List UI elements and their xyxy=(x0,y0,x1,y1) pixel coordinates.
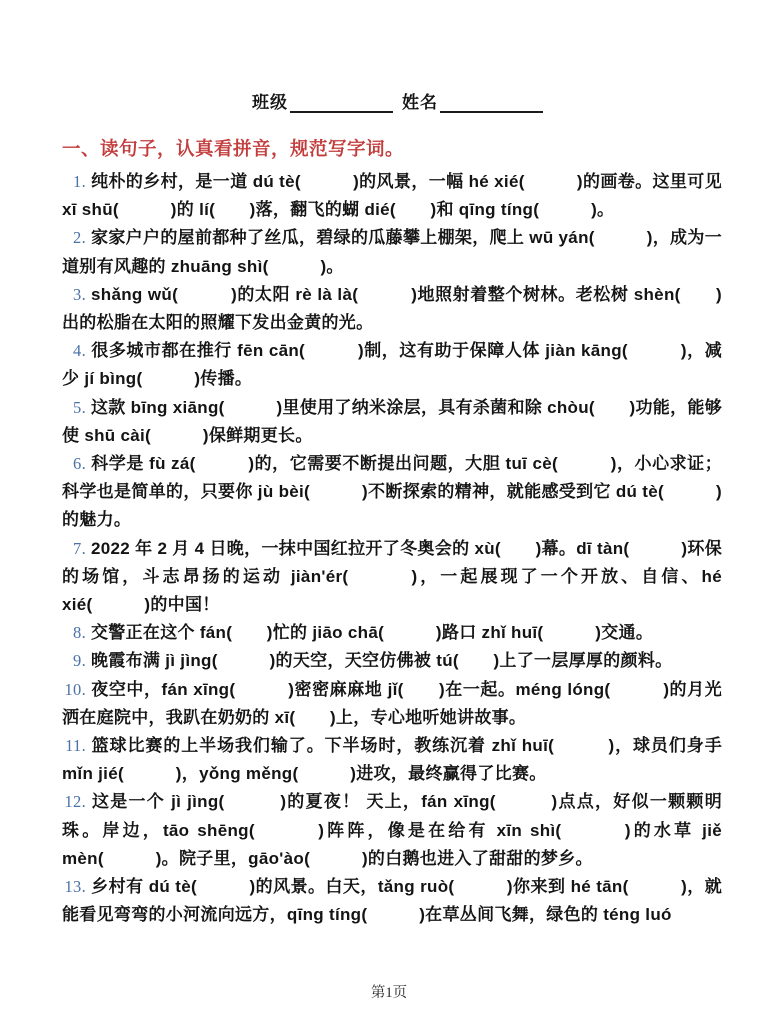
item-number: 5. xyxy=(62,394,86,422)
item-text: 这是一个 jì jìng( )的夏夜！ 天上，fán xīng( )点点，好似一… xyxy=(62,792,727,867)
item-text: 交警正在这个 fán( )忙的 jiāo chā( )路口 zhǐ huī( )… xyxy=(91,623,653,642)
items-list: 1.纯朴的乡村，是一道 dú tè( )的风景，一幅 hé xié( )的画卷。… xyxy=(62,168,722,929)
name-blank-line xyxy=(440,95,543,113)
worksheet-item: 8.交警正在这个 fán( )忙的 jiāo chā( )路口 zhǐ huī(… xyxy=(62,619,722,647)
item-text: 乡村有 dú tè( )的风景。白天，tǎng ruò( )你来到 hé tān… xyxy=(62,877,722,924)
worksheet-item: 9.晚霞布满 jì jìng( )的天空，天空仿佛被 tú( )上了一层厚厚的颜… xyxy=(62,647,722,675)
item-number: 2. xyxy=(62,224,86,252)
item-number: 8. xyxy=(62,619,86,647)
worksheet-item: 2.家家户户的屋前都种了丝瓜，碧绿的瓜藤攀上棚架，爬上 wū yán( )，成为… xyxy=(62,224,722,280)
page-footer: 第1页 xyxy=(0,981,778,1002)
item-number: 7. xyxy=(62,535,86,563)
item-number: 12. xyxy=(62,788,86,816)
item-text: 2022 年 2 月 4 日晚，一抹中国红拉开了冬奥会的 xù( )幕。dī t… xyxy=(62,539,727,614)
item-text: 家家户户的屋前都种了丝瓜，碧绿的瓜藤攀上棚架，爬上 wū yán( )，成为一道… xyxy=(62,228,722,275)
item-text: 晚霞布满 jì jìng( )的天空，天空仿佛被 tú( )上了一层厚厚的颜料。 xyxy=(91,651,672,670)
item-text: shǎng wǔ( )的太阳 rè là là( )地照射着整个树林。老松树 s… xyxy=(62,285,722,332)
worksheet-item: 4.很多城市都在推行 fēn cān( )制，这有助于保障人体 jiàn kān… xyxy=(62,337,722,393)
item-text: 夜空中，fán xīng( )密密麻麻地 jǐ( )在一起。méng lóng(… xyxy=(62,680,722,727)
item-number: 11. xyxy=(62,732,86,760)
item-number: 9. xyxy=(62,647,86,675)
item-text: 科学是 fù zá( )的，它需要不断提出问题，大胆 tuī cè( )，小心求… xyxy=(62,454,722,529)
worksheet-page: 班级姓名 一、读句子，认真看拼音，规范写字词。 1.纯朴的乡村，是一道 dú t… xyxy=(0,0,778,1024)
item-number: 1. xyxy=(62,168,86,196)
item-text: 很多城市都在推行 fēn cān( )制，这有助于保障人体 jiàn kāng(… xyxy=(62,341,722,388)
worksheet-item: 7.2022 年 2 月 4 日晚，一抹中国红拉开了冬奥会的 xù( )幕。dī… xyxy=(62,535,722,620)
item-text: 这款 bīng xiāng( )里使用了纳米涂层，具有杀菌和除 chòu( )功… xyxy=(62,398,722,445)
item-text: 篮球比赛的上半场我们输了。下半场时，教练沉着 zhǐ huī( )，球员们身手 … xyxy=(62,736,727,783)
worksheet-item: 13.乡村有 dú tè( )的风景。白天，tǎng ruò( )你来到 hé … xyxy=(62,873,722,929)
worksheet-item: 10.夜空中，fán xīng( )密密麻麻地 jǐ( )在一起。méng ló… xyxy=(62,676,722,732)
worksheet-item: 3.shǎng wǔ( )的太阳 rè là là( )地照射着整个树林。老松树… xyxy=(62,281,722,337)
name-label: 姓名 xyxy=(402,88,438,113)
worksheet-item: 5.这款 bīng xiāng( )里使用了纳米涂层，具有杀菌和除 chòu( … xyxy=(62,394,722,450)
worksheet-item: 1.纯朴的乡村，是一道 dú tè( )的风景，一幅 hé xié( )的画卷。… xyxy=(62,168,722,224)
item-number: 6. xyxy=(62,450,86,478)
item-number: 10. xyxy=(62,676,86,704)
item-number: 13. xyxy=(62,873,86,901)
worksheet-item: 12.这是一个 jì jìng( )的夏夜！ 天上，fán xīng( )点点，… xyxy=(62,788,722,873)
item-number: 4. xyxy=(62,337,86,365)
section-title: 一、读句子，认真看拼音，规范写字词。 xyxy=(62,136,722,162)
worksheet-header: 班级姓名 xyxy=(62,88,722,112)
worksheet-item: 6.科学是 fù zá( )的，它需要不断提出问题，大胆 tuī cè( )，小… xyxy=(62,450,722,535)
item-text: 纯朴的乡村，是一道 dú tè( )的风景，一幅 hé xié( )的画卷。这里… xyxy=(62,172,727,219)
worksheet-item: 11.篮球比赛的上半场我们输了。下半场时，教练沉着 zhǐ huī( )，球员们… xyxy=(62,732,722,788)
item-number: 3. xyxy=(62,281,86,309)
class-label: 班级 xyxy=(252,88,288,113)
class-blank-line xyxy=(290,95,393,113)
